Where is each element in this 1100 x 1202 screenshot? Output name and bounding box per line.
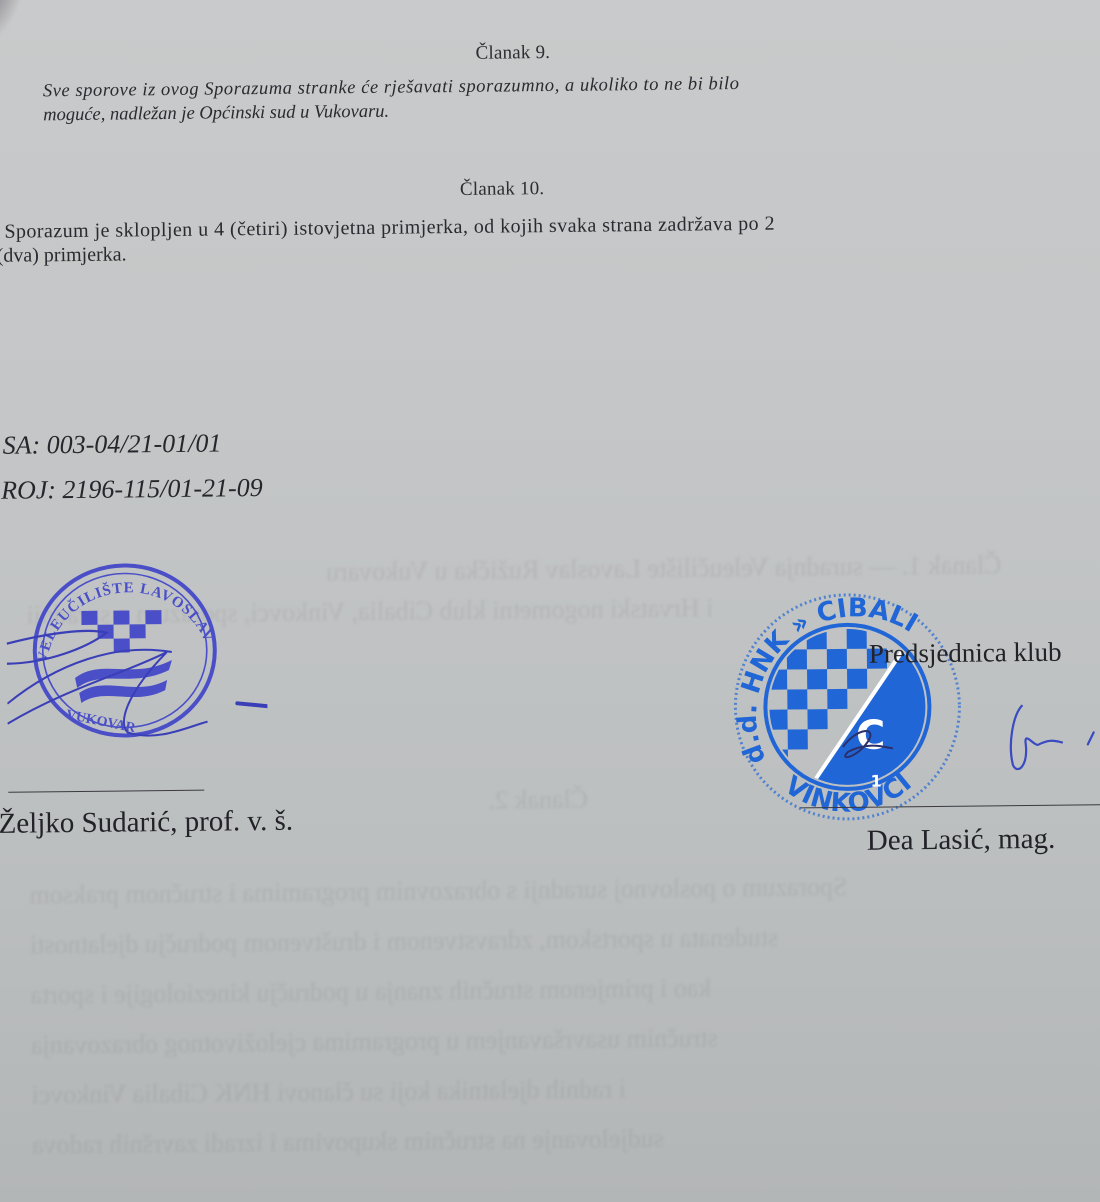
show-through-text: kao i primjenom stručnih znanja u područ… [30, 973, 711, 1010]
right-signature [837, 684, 1100, 797]
show-through-text: i radnih djelatnika koji su članovi HNK … [31, 1074, 626, 1110]
show-through-text: Članak 1. — suradnja Veleučilište Lavosl… [326, 550, 1002, 587]
article-9-heading: Članak 9. [475, 42, 550, 65]
klasa-reference: SA: 003-04/21-01/01 [2, 428, 221, 460]
document-page: Članak 1. — suradnja Veleučilište Lavosl… [0, 0, 1100, 1202]
veleuciliste-stamp: VELEUČILIŠTE LAVOSLAV RUŽIČKA U VUKOVARU… [6, 551, 268, 754]
show-through-text: studenata u sportskom, zdravstvenom i dr… [30, 923, 778, 961]
show-through-text: stručnim usavršavanjem u programima cjel… [31, 1023, 718, 1060]
article-10-text: Sporazum je sklopljen u 4 (četiri) istov… [4, 212, 775, 268]
left-signatory-name: Željko Sudarić, prof. v. š. [0, 805, 293, 841]
show-through-text: Sporazum o poslovnoj suradnji s obrazovn… [29, 872, 847, 911]
article-10-heading: Članak 10. [460, 178, 545, 201]
right-signatory-title: Predsjednica klub [869, 637, 1062, 670]
urbroj-reference: ROJ: 2196-115/01-21-09 [1, 473, 263, 506]
article-9-text: Sve sporove iz ovog Sporazuma stranke će… [43, 72, 740, 127]
right-signatory-name: Dea Lasić, mag. [867, 823, 1056, 858]
show-through-text: Članak 2. [488, 785, 588, 816]
left-signature-line [8, 790, 204, 793]
show-through-text: sudjelovanje na stručnim skupovima i izr… [32, 1124, 664, 1161]
